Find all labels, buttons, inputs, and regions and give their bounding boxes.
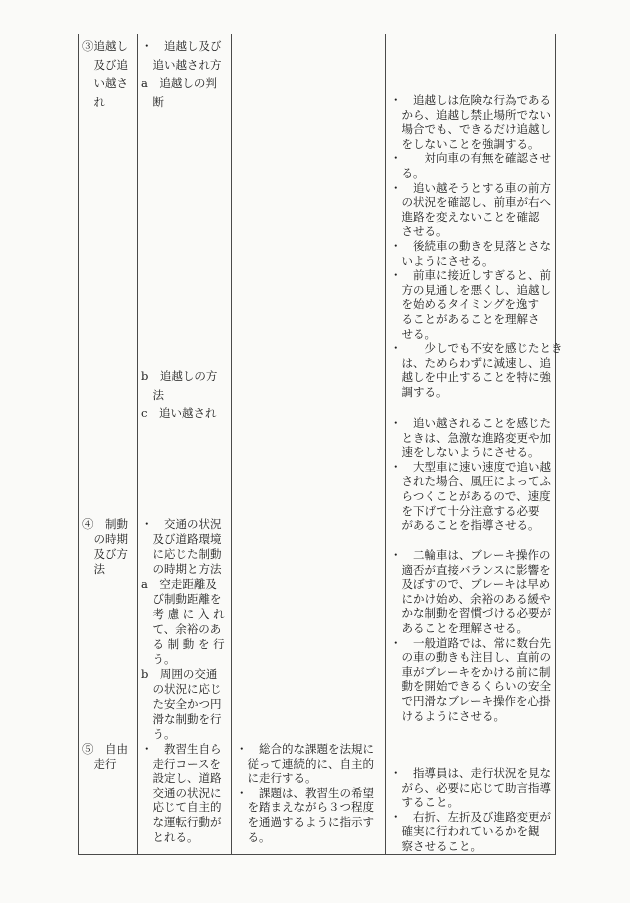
row4-subitems: ・ 交通の状況 及び道路環境 に応じた制動 の時期と方法 a 空走距離及 び制動…	[141, 517, 233, 742]
row3-item-number: ③追越し 及び追 い越さ れ	[82, 37, 136, 111]
row5-subitems: ・ 教習生自ら 走行コースを 設定し、道路 交通の状況に 応じて自主的 な運転行…	[141, 742, 233, 844]
row5-item-number: ⑤ 自由 走行	[82, 742, 136, 771]
row3-guidance-overtaking: ・ 追越しは危険な行為である から、追越し禁止場所でない 場合でも、できるだけ追…	[390, 93, 554, 399]
row3-subitems-bottom: b 追越しの方 法 c 追い越され	[141, 367, 233, 423]
row3-guidance-being-overtaken: ・ 追い越されることを感じた ときは、急激な進路変更や加 速をしないようにさせる…	[390, 416, 554, 533]
row4-item-number: ④ 制動 の時期 及び方 法	[82, 517, 136, 577]
document-page: ③追越し 及び追 い越さ れ ④ 制動 の時期 及び方 法 ⑤ 自由 走行 ・ …	[0, 0, 630, 903]
row4-guidance-braking: ・ 二輪車は、ブレーキ操作の 適否が直接バランスに影響を 及ぼすので、ブレーキは…	[390, 548, 554, 723]
row3-subitems-top: ・ 追越し及び 追い越され方 a 追越しの判 断	[141, 37, 233, 111]
table-border-left	[78, 34, 79, 854]
table-border-right	[555, 34, 556, 854]
column-divider-tasks	[385, 34, 386, 854]
row5-guidance-free-run: ・ 指導員は、走行状況を見な がら、必要に応じて助言指導 すること。 ・ 右折、…	[390, 766, 554, 854]
row5-tasks: ・ 総合的な課題を法規に 従って連続的に、自主的 に走行する。 ・ 課題は、教習…	[236, 742, 384, 844]
column-divider-item	[137, 34, 138, 854]
instruction-table: ③追越し 及び追 い越さ れ ④ 制動 の時期 及び方 法 ⑤ 自由 走行 ・ …	[78, 34, 556, 855]
